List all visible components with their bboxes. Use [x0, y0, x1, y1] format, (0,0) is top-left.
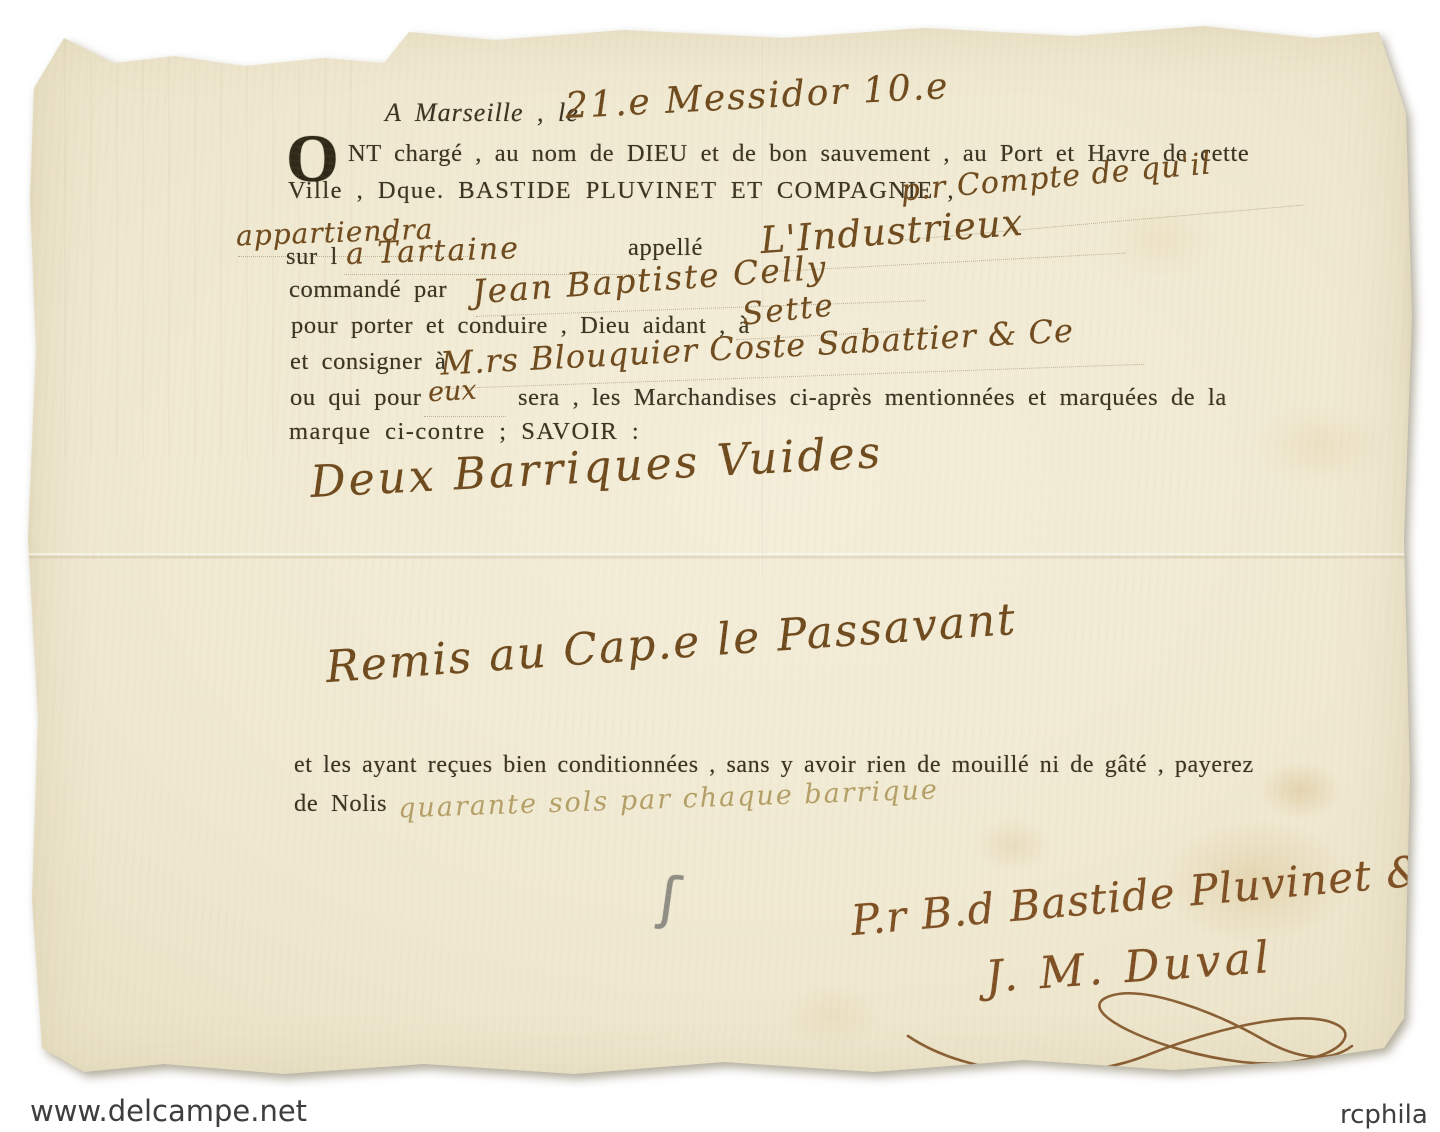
vessel-type-handwritten: a Tartaine [345, 231, 520, 272]
fold-crease-horizontal [24, 553, 1414, 559]
signature-flourish [890, 978, 1370, 1088]
paper-surface: A Marseille , le 21.e Messidor 10.e O NT… [24, 18, 1414, 1090]
dateline-handwritten: 21.e Messidor 10.e [564, 66, 950, 127]
signature-line1: P.r B.d Bastide Pluvinet &c [849, 844, 1440, 945]
ouqui-printed: ou qui pour [290, 384, 422, 412]
payment-line2-printed: de Nolis [294, 790, 387, 818]
payment-line1-printed: et les ayant reçues bien conditionnées ,… [294, 752, 1254, 779]
sera-printed: sera , les Marchandises ci-après mention… [518, 384, 1227, 412]
paper-sheet: A Marseille , le 21.e Messidor 10.e O NT… [24, 18, 1414, 1090]
dateline-printed: A Marseille , le [385, 98, 579, 128]
pencil-mark: ʃ [655, 863, 684, 933]
consigner-printed: et consigner à [290, 348, 446, 376]
sur-printed: sur l [286, 243, 338, 271]
freight-handwritten: quarante sols par chaque barrique [398, 775, 940, 825]
signature-line2: J. M. Duval [984, 932, 1275, 1003]
scan-background: A Marseille , le 21.e Messidor 10.e O NT… [0, 0, 1440, 1132]
eux-handwritten: eux [427, 375, 477, 409]
opening-line2: Ville , Dque. BASTIDE PLUVINET ET COMPAG… [288, 177, 955, 205]
commande-printed: commandé par [289, 276, 447, 304]
watermark-delcampe: www.delcampe.net [30, 1094, 307, 1128]
watermark-rcphila: rcphila [1340, 1100, 1428, 1130]
blank-rule [424, 416, 506, 417]
remis-handwritten: Remis au Cap.e le Passavant [324, 594, 1018, 693]
